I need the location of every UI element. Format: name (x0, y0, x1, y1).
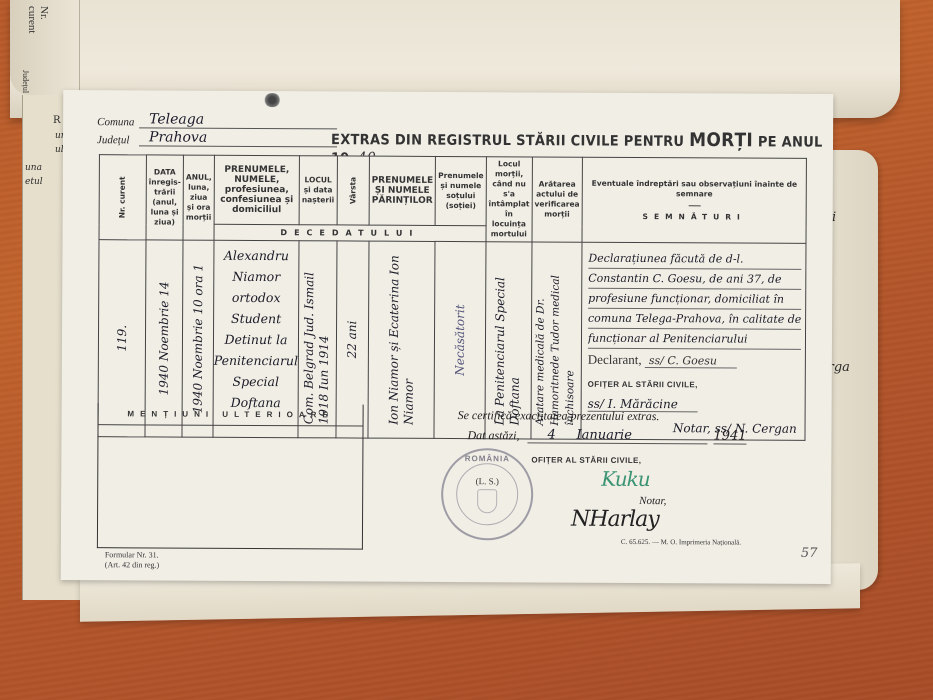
header-varsta: Vârsta (337, 156, 370, 225)
date-day: 4 (547, 428, 555, 443)
header-decedatului: DECEDATULUI (214, 225, 486, 242)
page-number-mark: 57 (801, 546, 818, 561)
observatiuni-label: Eventuale îndreptări sau observațiuni în… (585, 178, 804, 199)
semnaturi-label: SEMNĂTURI (585, 211, 804, 222)
name-line: Alexandru (214, 245, 298, 266)
header-locul-nasterii: LOCUL și data nașterii (299, 156, 337, 226)
judetul-field: Județul Prahova (97, 128, 337, 147)
fragment-text: etul (25, 177, 43, 187)
column-label-judetul: Județul (21, 70, 30, 93)
header-parinti: PRENUMELE ȘI NUMELE PĂRINȚILOR (369, 156, 436, 226)
anul-mortii-value: 1940 Noembrie 10 ora 1 (191, 264, 206, 413)
stamp-top-text: ROMÂNIA (465, 454, 510, 463)
header-locul-mortii: Locul morții, când nu s'a întâmplat în l… (486, 157, 532, 242)
mentions-title: MENȚIUNI ULTERIOARE (99, 403, 363, 426)
header-nr-curent: Nr. curent (99, 155, 146, 240)
header-observatiuni: Eventuale îndreptări sau observațiuni în… (582, 157, 807, 243)
declarant-signature: ss/ C. Goesu (645, 354, 737, 368)
header-sot: Prenumele și numele soțului (soției) (435, 156, 486, 226)
name-line: Niamor (214, 266, 298, 287)
declarant-label: Declarant, (588, 352, 642, 367)
death-record-extract-form: Comuna Teleaga Județul Prahova EXTRAS DI… (61, 90, 834, 584)
domicile-line: Penitenciarul (214, 350, 298, 371)
declaration-line: funcționar al Penitenciarului (588, 329, 801, 350)
title-prefix: EXTRAS DIN REGISTRUL STĂRII CIVILE PENTR… (331, 132, 684, 150)
fragment-text: una (25, 163, 42, 173)
register-table: Nr. curent DATA înregis-trării (anul, lu… (97, 154, 807, 441)
deceased-details: Alexandru Niamor ortodox Student Detinut… (213, 241, 298, 413)
printer-imprint: C. 65.625. — M. O. Imprimeria Națională. (621, 538, 741, 547)
royal-crest-icon (263, 93, 281, 107)
fragment-text: R (53, 115, 61, 126)
title-emphasis: MORȚI (689, 129, 753, 151)
aratarea-actului-value: Aratare medicală de Dr. Hamoritnede Tudo… (533, 255, 579, 425)
domicile-line: Special (214, 371, 298, 392)
page-fold: Nr. curent Județul (10, 0, 80, 95)
header-data-inregistrarii: DATA înregis-trării (anul, luna și ziua) (146, 155, 184, 240)
date-fill: 4 Ianuarie (527, 427, 707, 444)
data-inregistrarii-value: 1940 Noembrie 14 (157, 281, 172, 395)
declaration-line: profesiune funcționar, domiciliat în (588, 289, 801, 310)
stamp-inner-ring: (L. S.) (456, 463, 518, 525)
stamp-ls-text: (L. S.) (476, 476, 499, 486)
locul-mortii-value: La Penitenciarul Special Doftana (493, 255, 524, 425)
form-footer: Formular Nr. 31. (Art. 42 din reg.) (105, 550, 160, 570)
officer-label: OFIȚER AL STĂRII CIVILE, (588, 380, 801, 390)
declaration-line: comuna Telega-Prahova, în calitate de (588, 309, 801, 330)
form-article: (Art. 42 din reg.) (105, 560, 159, 570)
judetul-value: Prahova (139, 129, 337, 147)
column-label-nr-curent: Nr. curent (26, 6, 50, 35)
header-prenumele-numele: PRENUMELE, NUMELE, profesiunea, confesiu… (214, 155, 300, 225)
comuna-label: Comuna (97, 116, 139, 128)
certification-statement: Se certifică exactitatea prezentului ext… (372, 408, 792, 425)
varsta-value: 22 ani (345, 321, 359, 359)
notar-black-signature: NHarlay (371, 506, 791, 533)
declaration-line: Declarațiunea făcută de d-l. (588, 249, 801, 270)
domicile-line: Detinut la (214, 329, 298, 350)
date-year: 1941 (713, 428, 746, 444)
date-label: Dat astăzi, (467, 428, 519, 443)
issue-date-row: Dat astăzi, 4 Ianuarie 1941 (371, 427, 791, 445)
religion-line: ortodox (214, 287, 298, 308)
comuna-value: Teleaga (139, 111, 337, 129)
divider (688, 205, 700, 206)
certification-section: Se certifică exactitatea prezentului ext… (371, 408, 792, 533)
officer-green-signature: Kuku (371, 466, 791, 492)
parinti-value: Ion Niamor și Ecaterina Ion Niamor (386, 255, 417, 425)
mentions-box: MENȚIUNI ULTERIOARE (97, 403, 364, 549)
date-month: Ianuarie (576, 428, 632, 443)
form-number: Formular Nr. 31. (105, 550, 159, 560)
judetul-label: Județul (97, 134, 139, 146)
sot-value: Necăsătorit (453, 304, 467, 375)
coat-of-arms-icon (477, 489, 497, 513)
header-aratarea-actului: Arătarea actului de verificarea morții (532, 157, 583, 242)
nr-curent-value: 119. (115, 325, 129, 352)
declarant-row: Declarant, ss/ C. Goesu (588, 352, 801, 369)
header-anul-mortii: ANUL, luna, ziua și ora morții (183, 155, 214, 240)
official-seal-stamp: ROMÂNIA (L. S.) PRIMĂRIA COMUNEI TELEGA … (441, 448, 533, 540)
cert-officer-label: OFIȚER AL STĂRII CIVILE, (371, 455, 791, 466)
locul-nasterii-value: Com. Belgrad Jud. Ismail 1918 Iun 1914 (302, 254, 333, 424)
profession-line: Student (214, 308, 298, 329)
declaration-line: Constantin C. Goesu, de ani 37, de (588, 269, 801, 290)
location-fields: Comuna Teleaga Județul Prahova (97, 110, 337, 147)
comuna-field: Comuna Teleaga (97, 110, 337, 129)
